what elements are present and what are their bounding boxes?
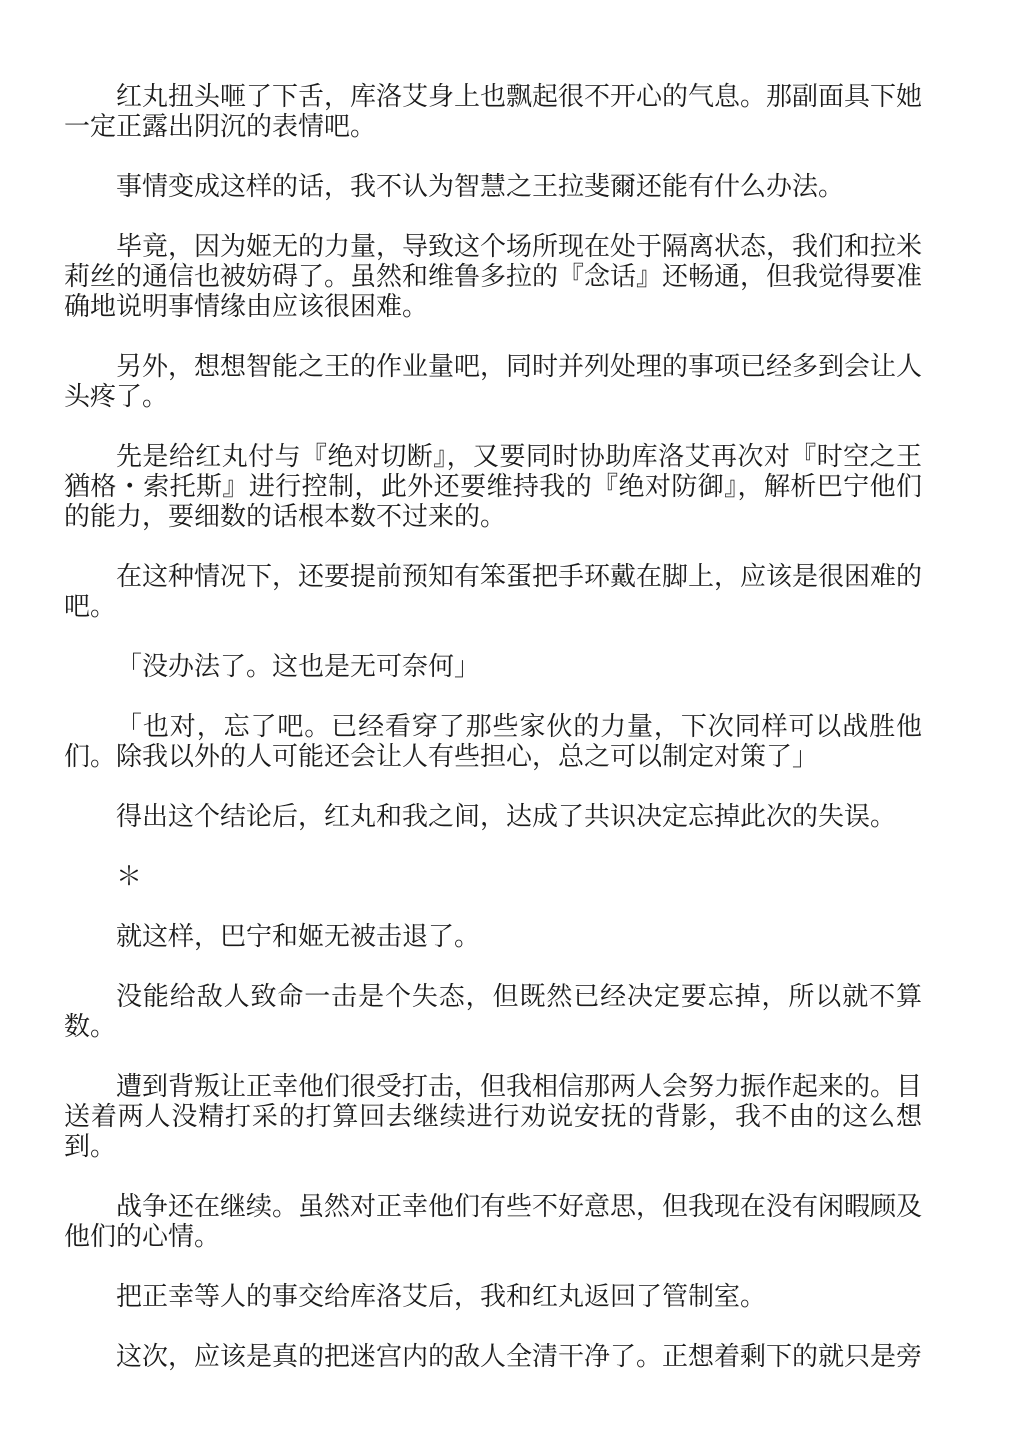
- paragraph: 得出这个结论后，红丸和我之间，达成了共识决定忘掉此次的失误。: [64, 802, 922, 832]
- section-separator: ＊: [64, 862, 922, 892]
- book-page: 红丸扭头咂了下舌，库洛艾身上也飘起很不开心的气息。那副面具下她一定正露出阴沉的表…: [0, 0, 1017, 1437]
- page-text-content: 红丸扭头咂了下舌，库洛艾身上也飘起很不开心的气息。那副面具下她一定正露出阴沉的表…: [64, 82, 922, 1402]
- paragraph: 在这种情况下，还要提前预知有笨蛋把手环戴在脚上，应该是很困难的吧。: [64, 562, 922, 622]
- paragraph: 战争还在继续。虽然对正幸他们有些不好意思，但我现在没有闲暇顾及他们的心情。: [64, 1192, 922, 1252]
- paragraph: 这次，应该是真的把迷宫内的敌人全清干净了。正想着剩下的就只是旁: [64, 1342, 922, 1372]
- paragraph: 红丸扭头咂了下舌，库洛艾身上也飘起很不开心的气息。那副面具下她一定正露出阴沉的表…: [64, 82, 922, 142]
- paragraph: 把正幸等人的事交给库洛艾后，我和红丸返回了管制室。: [64, 1282, 922, 1312]
- dialogue-paragraph: 「没办法了。这也是无可奈何」: [64, 652, 922, 682]
- paragraph: 遭到背叛让正幸他们很受打击，但我相信那两人会努力振作起来的。目送着两人没精打采的…: [64, 1072, 922, 1162]
- paragraph: 先是给红丸付与『绝对切断』，又要同时协助库洛艾再次对『时空之王猶格・索托斯』进行…: [64, 442, 922, 532]
- paragraph: 就这样，巴宁和姬无被击退了。: [64, 922, 922, 952]
- paragraph: 毕竟，因为姬无的力量，导致这个场所现在处于隔离状态，我们和拉米莉丝的通信也被妨碍…: [64, 232, 922, 322]
- paragraph: 另外，想想智能之王的作业量吧，同时并列处理的事项已经多到会让人头疼了。: [64, 352, 922, 412]
- dialogue-paragraph: 「也对，忘了吧。已经看穿了那些家伙的力量，下次同样可以战胜他们。除我以外的人可能…: [64, 712, 922, 772]
- paragraph: 事情变成这样的话，我不认为智慧之王拉斐爾还能有什么办法。: [64, 172, 922, 202]
- paragraph: 没能给敌人致命一击是个失态，但既然已经决定要忘掉，所以就不算数。: [64, 982, 922, 1042]
